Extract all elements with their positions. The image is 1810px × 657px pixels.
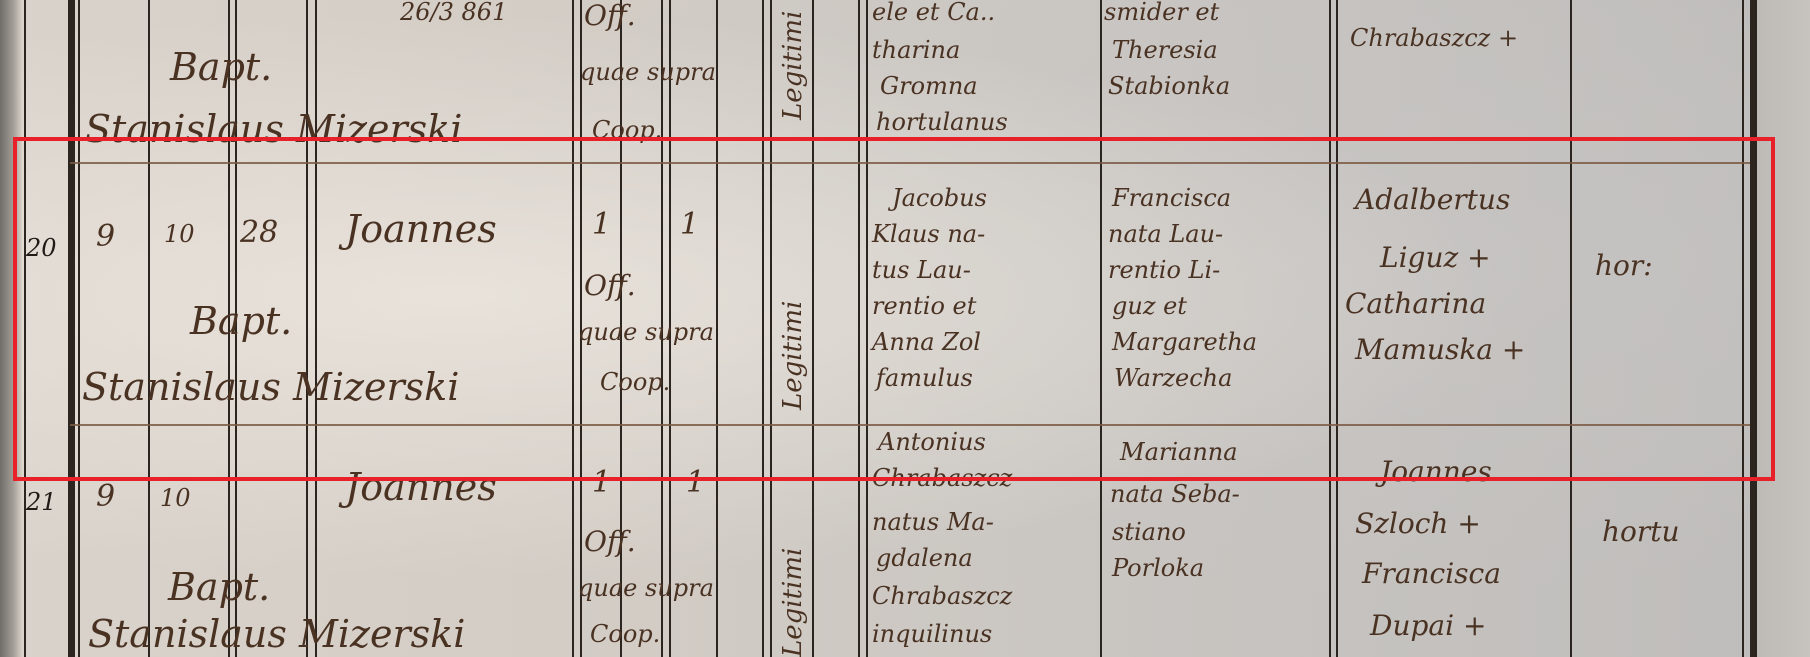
day: 9 bbox=[96, 482, 115, 512]
mother-line: Warzecha bbox=[1114, 366, 1232, 390]
baptist-name: Stanislaus Mizerski bbox=[85, 110, 462, 148]
column-line-thick bbox=[1750, 0, 1757, 657]
father-line: Antonius bbox=[878, 430, 986, 454]
column-line bbox=[858, 0, 860, 657]
mother-line: nata Lau- bbox=[1108, 222, 1223, 246]
mother-line: Francisca bbox=[1112, 186, 1231, 210]
father-line: Klaus nа- bbox=[872, 222, 985, 246]
godparent-line: Chrabaszcz + bbox=[1350, 26, 1518, 50]
father-line: Gromna bbox=[880, 74, 978, 98]
male-mark: 1 bbox=[680, 210, 699, 240]
mother-line: Theresia bbox=[1112, 38, 1218, 62]
column-line bbox=[1742, 0, 1744, 657]
father-line: Chrabaszcz bbox=[872, 584, 1012, 608]
father-line: ele et Ca.. bbox=[872, 0, 995, 24]
column-line bbox=[1570, 0, 1572, 657]
header-note: 26/3 861 bbox=[400, 0, 507, 24]
mother-line: rentio Li- bbox=[1108, 258, 1220, 282]
column-line bbox=[716, 0, 718, 657]
male-mark: 1 bbox=[686, 468, 705, 498]
baptist-label: Bapt. bbox=[168, 568, 270, 606]
row-separator bbox=[70, 162, 1750, 164]
legitimi-vertical: Legitimi bbox=[780, 11, 806, 120]
father-line: Chrabaszcz bbox=[872, 466, 1012, 490]
baptist-name: Stanislaus Mizerski bbox=[82, 368, 459, 406]
column-line bbox=[315, 0, 317, 657]
father-line: Anna Zol bbox=[872, 330, 981, 354]
father-line: tharina bbox=[872, 38, 960, 62]
column-line bbox=[572, 0, 574, 657]
godparent-line: Joannes bbox=[1380, 458, 1492, 486]
column-line bbox=[1329, 0, 1331, 657]
child-name: Joannes bbox=[345, 468, 497, 506]
father-line: gdalena bbox=[876, 546, 973, 570]
quae-supra: quae supra bbox=[578, 576, 714, 600]
mother-line: smider et bbox=[1104, 0, 1219, 24]
child-name: Joannes bbox=[345, 210, 497, 248]
quae-supra: quae supra bbox=[578, 320, 714, 344]
mother-line: Stabionka bbox=[1108, 74, 1230, 98]
catholic-mark: 1 bbox=[592, 468, 611, 498]
mother-line: Porloka bbox=[1112, 556, 1204, 580]
column-line bbox=[1336, 0, 1338, 657]
quae-supra: quae supra bbox=[580, 60, 716, 84]
mother-line: Margaretha bbox=[1112, 330, 1257, 354]
father-line: inquilinus bbox=[872, 622, 992, 646]
column-line bbox=[148, 0, 150, 657]
legitimi-vertical: Legitimi bbox=[780, 548, 806, 657]
godparent-line: Catharina bbox=[1345, 290, 1486, 318]
baptist-label: Bapt. bbox=[190, 302, 292, 340]
father-line: hortulanus bbox=[876, 110, 1008, 134]
column-line bbox=[812, 0, 814, 657]
column-line bbox=[770, 0, 772, 657]
father-line: Jacobus bbox=[892, 186, 987, 210]
father-line: tus Lau- bbox=[872, 258, 971, 282]
legitimi-vertical: Legitimi bbox=[780, 301, 806, 410]
column-line bbox=[762, 0, 764, 657]
column-line bbox=[1100, 0, 1102, 657]
row-separator bbox=[70, 424, 1750, 426]
father-line: rentio et bbox=[872, 294, 976, 318]
coop: Coop. bbox=[600, 370, 670, 394]
offertory: Off. bbox=[584, 2, 636, 30]
offertory: Off. bbox=[584, 528, 636, 556]
month: 10 bbox=[160, 486, 191, 510]
month: 10 bbox=[164, 222, 195, 246]
father-line: natus Ma- bbox=[872, 510, 994, 534]
column-line bbox=[866, 0, 868, 657]
baptist-name: Stanislaus Mizerski bbox=[88, 615, 465, 653]
row-number: 21 bbox=[26, 488, 57, 516]
column-line bbox=[306, 0, 308, 657]
godparent-line: Adalbertus bbox=[1355, 186, 1510, 214]
column-line bbox=[78, 0, 80, 657]
godparent-line: Liguz + bbox=[1380, 244, 1491, 272]
offertory: Off. bbox=[584, 272, 636, 300]
day: 9 bbox=[96, 222, 115, 252]
mother-line: guz et bbox=[1112, 294, 1187, 318]
book-spine-edge bbox=[0, 0, 22, 657]
baptist-label: Bapt. bbox=[170, 48, 272, 86]
catholic-mark: 1 bbox=[592, 210, 611, 240]
godparent-line: Szloch + bbox=[1355, 510, 1481, 538]
coop: Coop. bbox=[592, 118, 662, 142]
mother-line: stiano bbox=[1112, 520, 1186, 544]
mother-line: Marianna bbox=[1120, 440, 1238, 464]
father-line: famulus bbox=[876, 366, 973, 390]
day-born: 28 bbox=[240, 218, 278, 248]
godparent-line: Dupai + bbox=[1370, 612, 1486, 640]
row-number: 20 bbox=[26, 234, 57, 262]
godparent-note: hor: bbox=[1595, 252, 1653, 280]
godparent-note: hortu bbox=[1602, 518, 1680, 546]
column-line-thick bbox=[68, 0, 75, 657]
page-right-margin bbox=[1755, 0, 1810, 657]
godparent-line: Mamuska + bbox=[1355, 336, 1525, 364]
column-line bbox=[24, 0, 26, 657]
register-page: 26/3 861 Bapt. Stanislaus Mizerski Off. … bbox=[0, 0, 1810, 657]
coop: Coop. bbox=[590, 622, 660, 646]
godparent-line: Francisca bbox=[1362, 560, 1501, 588]
mother-line: nata Seba- bbox=[1110, 482, 1240, 506]
